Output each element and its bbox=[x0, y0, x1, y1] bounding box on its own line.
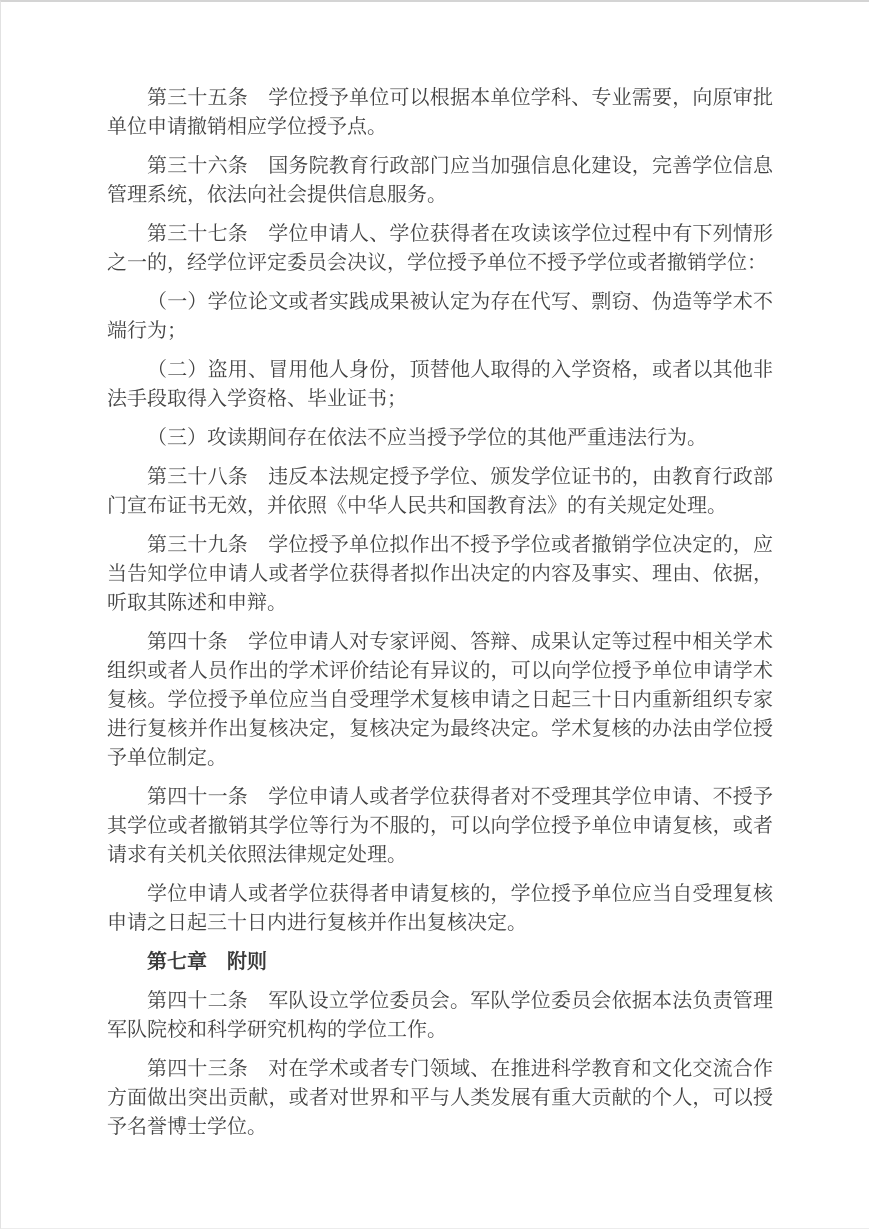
paragraph: 第三十九条 学位授予单位拟作出不授予学位或者撤销学位决定的，应当告知学位申请人或… bbox=[107, 531, 773, 618]
paragraph: 第四十三条 对在学术或者专门领域、在推进科学教育和文化交流合作方面做出突出贡献，… bbox=[107, 1055, 773, 1142]
paragraph: 第四十条 学位申请人对专家评阅、答辩、成果认定等过程中相关学术组织或者人员作出的… bbox=[107, 628, 773, 773]
paragraph: （一）学位论文或者实践成果被认定为存在代写、剽窃、伪造等学术不端行为； bbox=[107, 288, 773, 346]
paragraph: 第三十六条 国务院教育行政部门应当加强信息化建设，完善学位信息管理系统，依法向社… bbox=[107, 152, 773, 210]
paragraph: 第四十一条 学位申请人或者学位获得者对不受理其学位申请、不授予其学位或者撤销其学… bbox=[107, 783, 773, 870]
paragraph: 第三十七条 学位申请人、学位获得者在攻读该学位过程中有下列情形之一的，经学位评定… bbox=[107, 220, 773, 278]
paragraph: （三）攻读期间存在依法不应当授予学位的其他严重违法行为。 bbox=[107, 424, 773, 453]
paragraph: 第三十八条 违反本法规定授予学位、颁发学位证书的，由教育行政部门宣布证书无效，并… bbox=[107, 463, 773, 521]
paragraph: 学位申请人或者学位获得者申请复核的，学位授予单位应当自受理复核申请之日起三十日内… bbox=[107, 880, 773, 938]
paragraph: 第三十五条 学位授予单位可以根据本单位学科、专业需要，向原审批单位申请撤销相应学… bbox=[107, 84, 773, 142]
paragraph: 第四十二条 军队设立学位委员会。军队学位委员会依据本法负责管理军队院校和科学研究… bbox=[107, 987, 773, 1045]
document-body: 第三十五条 学位授予单位可以根据本单位学科、专业需要，向原审批单位申请撤销相应学… bbox=[107, 84, 773, 1142]
paragraph: （二）盗用、冒用他人身份，顶替他人取得的入学资格，或者以其他非法手段取得入学资格… bbox=[107, 356, 773, 414]
chapter-heading: 第七章 附则 bbox=[107, 948, 773, 977]
document-page: 第三十五条 学位授予单位可以根据本单位学科、专业需要，向原审批单位申请撤销相应学… bbox=[0, 0, 869, 1229]
